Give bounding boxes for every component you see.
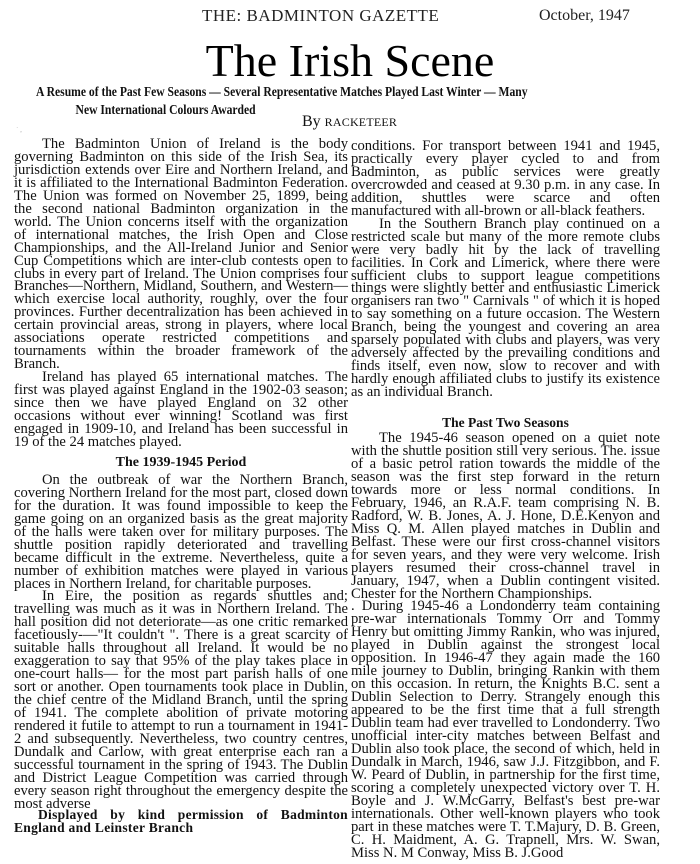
author-name: RACKETEER <box>325 115 397 129</box>
byline: By RACKETEER <box>302 113 397 131</box>
article-subtitle: A Resume of the Past Few Seasons — Sever… <box>36 83 518 119</box>
publication-name: THE: BADMINTON GAZETTE <box>202 6 439 26</box>
issue-date: October, 1947 <box>539 7 630 25</box>
credit-note: Displayed by kind permission of Badminto… <box>14 808 348 834</box>
paragraph: The 1945-46 season opened on a quiet not… <box>351 432 660 600</box>
paragraph: conditions. For transport between 1941 a… <box>351 140 660 218</box>
credit-text: Displayed by kind permission of Badminto… <box>14 808 348 834</box>
paragraph: . During 1945-46 a Londonderry team cont… <box>351 600 660 859</box>
paragraph: On the outbreak of war the Northern Bran… <box>14 474 348 591</box>
paragraph: In the Southern Branch play continued on… <box>351 218 660 399</box>
left-column: The Badminton Union of Ireland is the bo… <box>14 138 348 811</box>
right-column: conditions. For transport between 1941 a… <box>351 140 660 860</box>
subtitle-line-1: A Resume of the Past Few Seasons — Sever… <box>36 84 528 99</box>
paragraph: In Eire, the position as regards shuttle… <box>14 590 348 810</box>
scan-speck: ˙ , <box>16 126 24 130</box>
byline-prefix: By <box>302 113 321 130</box>
article-title: The Irish Scene <box>0 36 700 86</box>
paragraph: Ireland has played 65 international matc… <box>14 371 348 449</box>
section-heading-1939-1945: The 1939-1945 Period <box>14 454 348 472</box>
paragraph: The Badminton Union of Ireland is the bo… <box>14 138 348 371</box>
masthead: THE: BADMINTON GAZETTE October, 1947 <box>0 6 700 28</box>
subtitle-line-2: New International Colours Awarded <box>36 101 518 119</box>
